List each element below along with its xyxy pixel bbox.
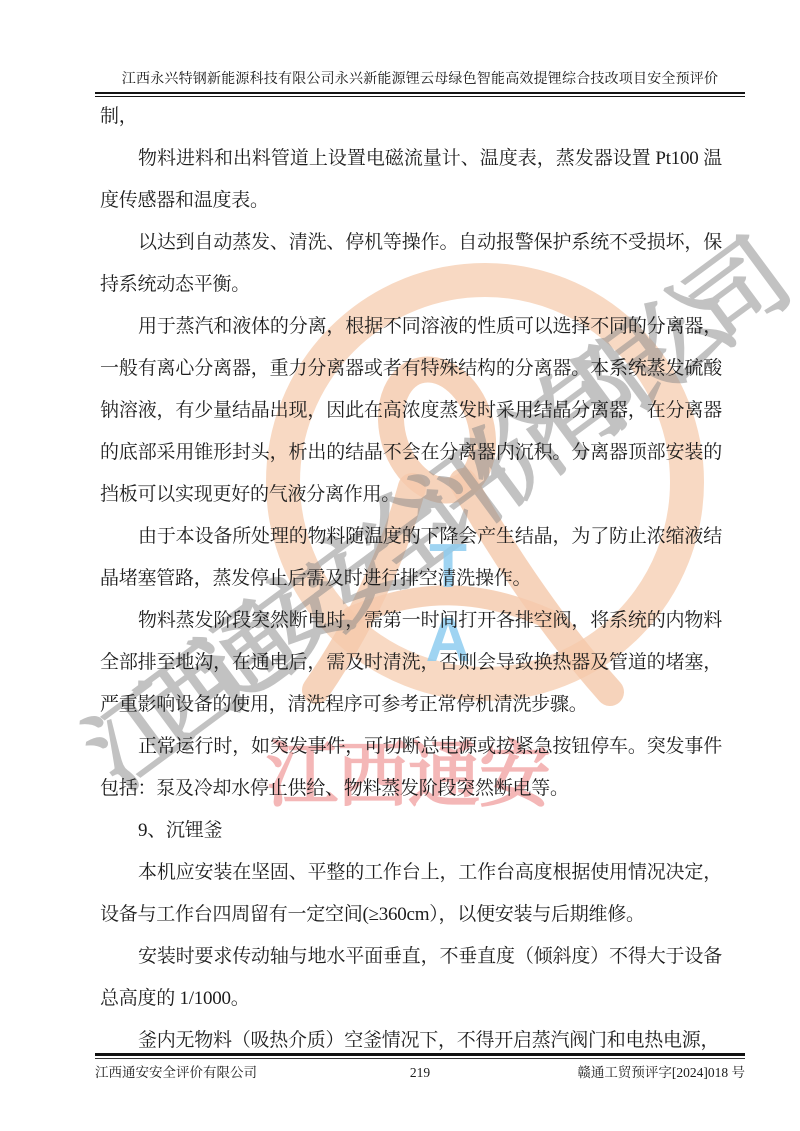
paragraph: 本机应安装在坚固、平整的工作台上，工作台高度根据使用情况决定，设备与工作台四周留… <box>100 852 722 936</box>
footer-rule-thick <box>95 1053 745 1056</box>
header-rule-thin <box>95 96 745 97</box>
document-body: 制， 物料进料和出料管道上设置电磁流量计、温度表，蒸发器设置 Pt100 温 度… <box>100 96 722 1062</box>
paragraph: 由于本设备所处理的物料随温度的下降会产生结晶，为了防止浓缩液结晶堵塞管路，蒸发停… <box>100 516 722 600</box>
paragraph: 以达到自动蒸发、清洗、停机等操作。自动报警保护系统不受损坏，保持系统动态平衡。 <box>100 222 722 306</box>
paragraph: 物料蒸发阶段突然断电时，需第一时间打开各排空阀，将系统的内物料全部排至地沟，在通… <box>100 600 722 726</box>
section-heading: 9、沉锂釜 <box>100 810 722 852</box>
paragraph: 物料进料和出料管道上设置电磁流量计、温度表，蒸发器设置 Pt100 温 度传感器… <box>100 138 722 222</box>
header-title: 江西永兴特钢新能源科技有限公司永兴新能源锂云母绿色智能高效提锂综合技改项目安全预… <box>95 70 745 90</box>
paragraph: 正常运行时，如突发事件，可切断总电源或按紧急按钮停车。突发事件包括：泵及冷却水停… <box>100 726 722 810</box>
paragraph: 用于蒸汽和液体的分离，根据不同溶液的性质可以选择不同的分离器，一般有离心分离器，… <box>100 306 722 516</box>
document-page: 江西通安安全评价有限公司 TA 江西通安 江西永兴特钢新能源科技有限公司永兴新能… <box>0 0 800 1131</box>
paragraph: 安装时要求传动轴与地水平面垂直，不垂直度（倾斜度）不得大于设备总高度的 1/10… <box>100 936 722 1020</box>
footer-rule-thin <box>95 1058 745 1059</box>
page-footer: 219 江西通安安全评价有限公司 赣通工贸预评字[2024]018 号 <box>95 1053 745 1081</box>
footer-doc-number: 赣通工贸预评字[2024]018 号 <box>577 1065 745 1081</box>
paragraph: 制， <box>100 96 722 138</box>
footer-company: 江西通安安全评价有限公司 <box>95 1065 257 1081</box>
page-header: 江西永兴特钢新能源科技有限公司永兴新能源锂云母绿色智能高效提锂综合技改项目安全预… <box>95 0 745 97</box>
header-rule-thick <box>95 92 745 94</box>
